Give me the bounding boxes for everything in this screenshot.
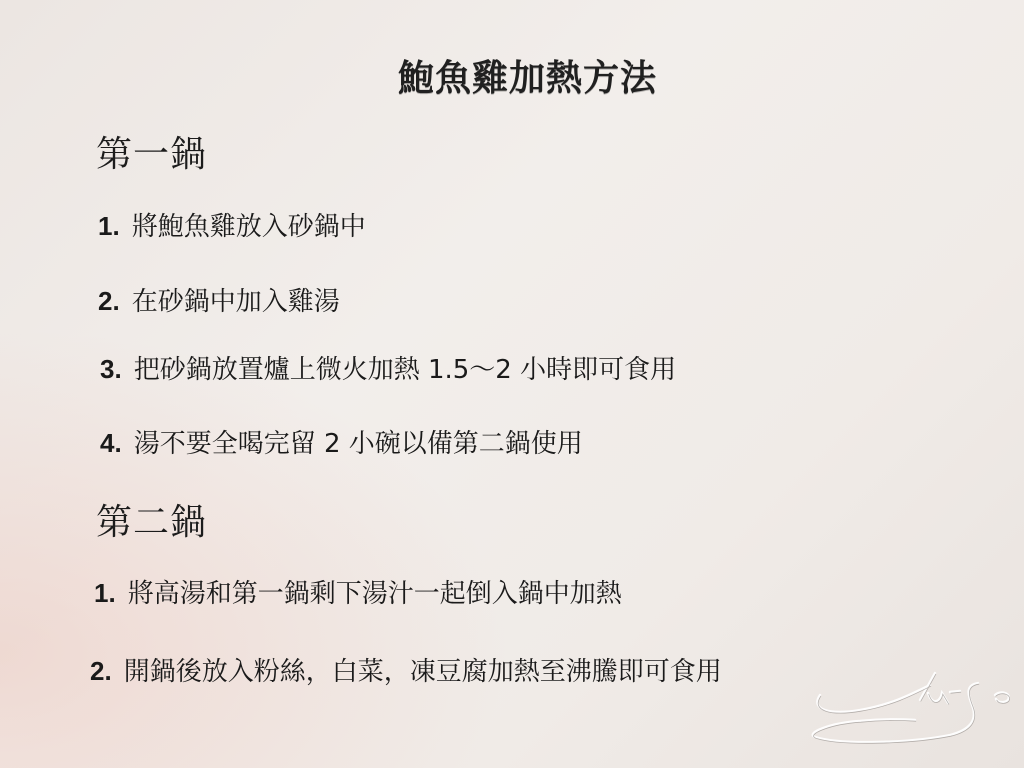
step-1-2: 2.在砂鍋中加入雞湯 [98,281,340,318]
step-text: 把砂鍋放置爐上微火加熱 1.5～2 小時即可食用 [134,355,676,385]
step-number: 3. [100,354,122,385]
step-text: 湯不要全喝完留 2 小碗以備第二鍋使用 [134,429,583,459]
step-1-4: 4.湯不要全喝完留 2 小碗以備第二鍋使用 [100,423,583,460]
step-number: 1. [94,578,116,609]
signature-watermark-icon [800,665,1020,755]
step-number: 2. [90,656,112,687]
step-1-1: 1.將鮑魚雞放入砂鍋中 [98,206,366,243]
step-text: 在砂鍋中加入雞湯 [132,287,340,317]
step-number: 2. [98,286,120,317]
step-number: 1. [98,211,120,242]
document-title: 鮑魚雞加熱方法 [398,50,657,101]
step-text: 開鍋後放入粉絲，白菜，凍豆腐加熱至沸騰即可食用 [124,657,722,687]
step-2-1: 1.將高湯和第一鍋剩下湯汁一起倒入鍋中加熱 [94,573,622,610]
step-number: 4. [100,428,122,459]
step-text: 將鮑魚雞放入砂鍋中 [132,212,366,242]
step-text: 將高湯和第一鍋剩下湯汁一起倒入鍋中加熱 [128,579,622,609]
printed-paper: 鮑魚雞加熱方法 第一鍋 1.將鮑魚雞放入砂鍋中 2.在砂鍋中加入雞湯 3.把砂鍋… [0,0,1024,768]
step-1-3: 3.把砂鍋放置爐上微火加熱 1.5～2 小時即可食用 [100,349,676,386]
step-2-2: 2.開鍋後放入粉絲，白菜，凍豆腐加熱至沸騰即可食用 [90,651,722,688]
section-heading-first-pot: 第一鍋 [96,126,207,177]
section-heading-second-pot: 第二鍋 [96,494,207,545]
